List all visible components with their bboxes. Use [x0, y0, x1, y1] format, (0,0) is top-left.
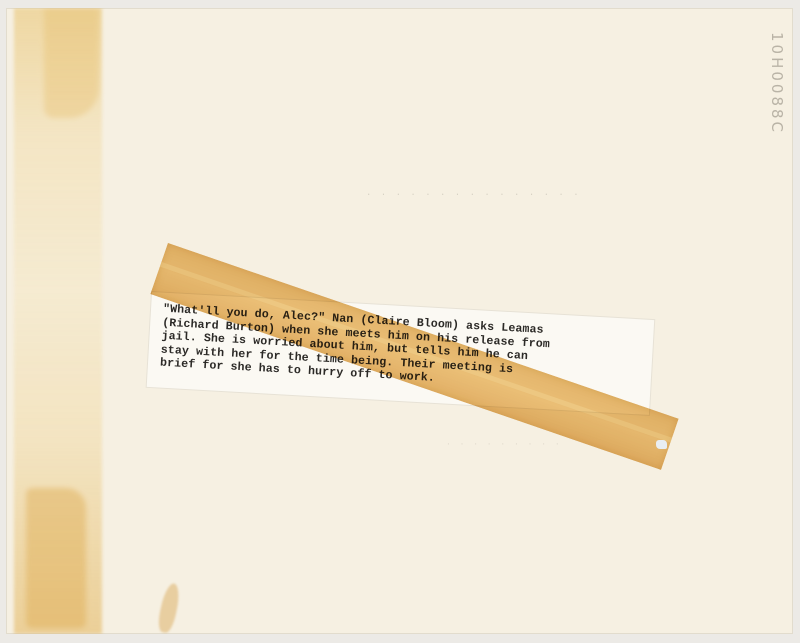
faint-offset-marks: · · · · · · · · · · · · · · ·: [366, 190, 666, 210]
archive-id-text: 10H0088C: [768, 32, 786, 135]
water-stain-drip: [156, 582, 182, 634]
archive-id-handwritten: 10H0088C: [768, 32, 793, 162]
tape-tear-hole: [656, 440, 667, 449]
water-stain-strip: [14, 8, 102, 634]
